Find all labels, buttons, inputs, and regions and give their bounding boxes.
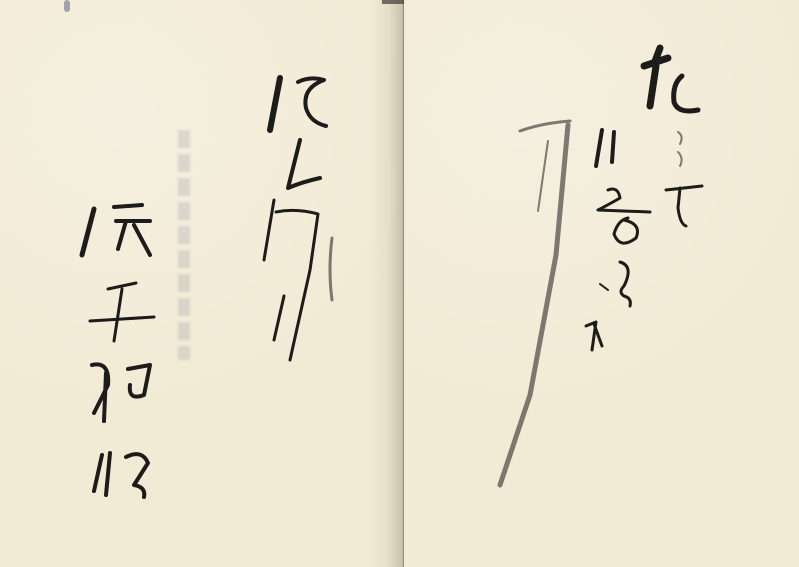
calligraphy-right-large-stroke: [490, 115, 600, 495]
page-top-edge: [382, 0, 404, 4]
book-gutter: [403, 0, 404, 567]
calligraphy-left-signature: [70, 185, 180, 505]
book-gutter-shadow: [370, 0, 404, 567]
book-spread: にしかい 深千郎帖 花こそ はるのなか ノ: [0, 0, 799, 567]
calligraphy-left-poem: [240, 70, 350, 390]
ink-speck: [64, 0, 70, 12]
